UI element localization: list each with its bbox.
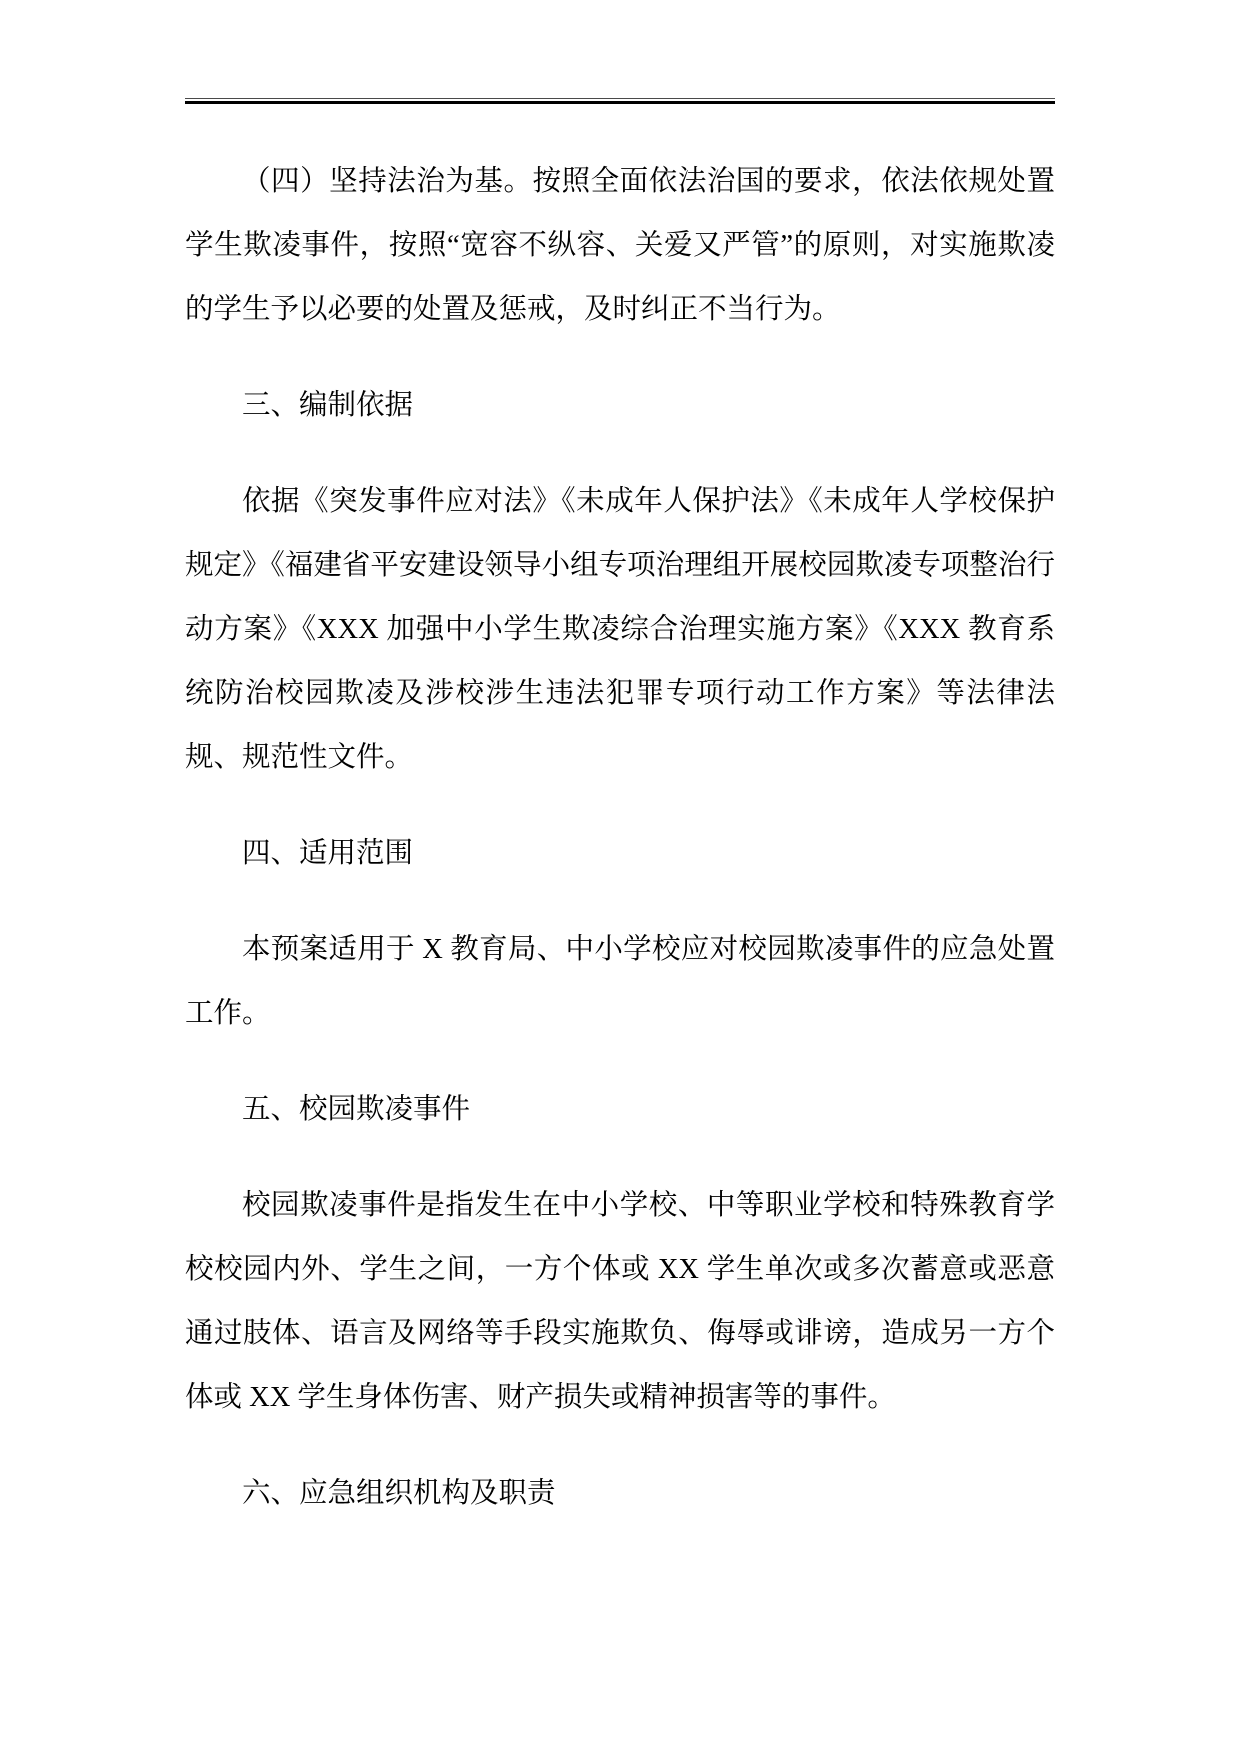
section-heading-3-compilation-basis: 三、编制依据: [185, 374, 1055, 438]
document-body: （四）坚持法治为基。按照全面依法治国的要求，依法依规处置学生欺凌事件，按照“宽容…: [185, 104, 1055, 1526]
paragraph-bullying-definition: 校园欺凌事件是指发生在中小学校、中等职业学校和特殊教育学校校园内外、学生之间，一…: [185, 1174, 1055, 1430]
section-heading-6-emergency-organization: 六、应急组织机构及职责: [185, 1462, 1055, 1526]
section-heading-4-applicable-scope: 四、适用范围: [185, 822, 1055, 886]
document-content: （四）坚持法治为基。按照全面依法治国的要求，依法依规处置学生欺凌事件，按照“宽容…: [185, 98, 1055, 1526]
paragraph-legal-basis: 依据《突发事件应对法》《未成年人保护法》《未成年人学校保护规定》《福建省平安建设…: [185, 470, 1055, 790]
section-heading-5-bullying-incident: 五、校园欺凌事件: [185, 1078, 1055, 1142]
paragraph-scope: 本预案适用于 X 教育局、中小学校应对校园欺凌事件的应急处置工作。: [185, 918, 1055, 1046]
paragraph-principle-rule-of-law: （四）坚持法治为基。按照全面依法治国的要求，依法依规处置学生欺凌事件，按照“宽容…: [185, 150, 1055, 342]
document-page: （四）坚持法治为基。按照全面依法治国的要求，依法依规处置学生欺凌事件，按照“宽容…: [0, 0, 1240, 1753]
